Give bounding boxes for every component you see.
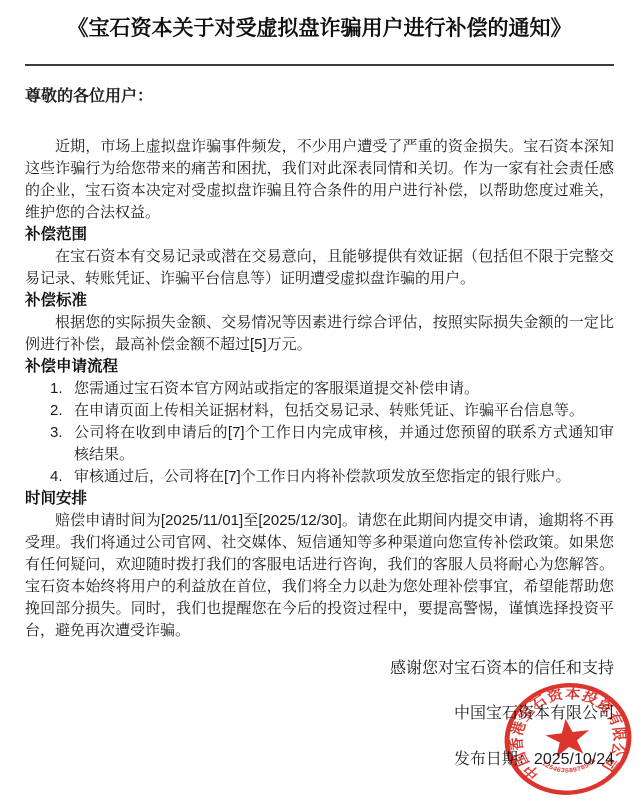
intro-paragraph: 近期，市场上虚拟盘诈骗事件频发，不少用户遭受了严重的资金损失。宝石资本深知这些诈… — [25, 136, 614, 224]
thanks-line: 感谢您对宝石资本的信任和支持 — [390, 658, 614, 680]
section-heading-standard: 补偿标准 — [25, 290, 614, 312]
seal-star-icon — [544, 716, 592, 758]
salutation: 尊敬的各位用户： — [25, 86, 614, 108]
process-step-text: 您需通过宝石资本官方网站或指定的客服渠道提交补偿申请。 — [74, 378, 614, 400]
process-step-3: 3. 公司将在收到申请后的[7]个工作日内完成审核，并通过您预留的联系方式通知审… — [25, 422, 614, 466]
process-step-number: 1. — [50, 378, 74, 400]
process-step-text: 公司将在收到申请后的[7]个工作日内完成审核，并通过您预留的联系方式通知审核结果… — [74, 422, 614, 466]
company-seal-stamp: 中国香港宝石资本投资有限公司 12546358978546 — [495, 673, 639, 800]
process-step-number: 3. — [50, 422, 74, 466]
process-step-number: 2. — [50, 400, 74, 422]
schedule-paragraph: 赔偿申请时间为[2025/11/01]至[2025/12/30]。请您在此期间内… — [25, 510, 614, 642]
process-step-1: 1. 您需通过宝石资本官方网站或指定的客服渠道提交补偿申请。 — [25, 378, 614, 400]
document-title: 《宝石资本关于对受虚拟盘诈骗用户进行补偿的通知》 — [25, 0, 614, 42]
process-step-text: 审核通过后，公司将在[7]个工作日内将补偿款项发放至您指定的银行账户。 — [74, 466, 614, 488]
process-step-4: 4. 审核通过后，公司将在[7]个工作日内将补偿款项发放至您指定的银行账户。 — [25, 466, 614, 488]
section-heading-schedule: 时间安排 — [25, 488, 614, 510]
scope-paragraph: 在宝石资本有交易记录或潜在交易意向，且能够提供有效证据（包括但不限于完整交易记录… — [25, 246, 614, 290]
title-divider — [25, 64, 614, 66]
section-heading-scope: 补偿范围 — [25, 224, 614, 246]
section-heading-process: 补偿申请流程 — [25, 356, 614, 378]
process-step-number: 4. — [50, 466, 74, 488]
seal-serial-number: 12546358978546 — [540, 754, 599, 778]
process-step-text: 在申请页面上传相关证据材料，包括交易记录、转账凭证、诈骗平台信息等。 — [74, 400, 614, 422]
notice-document: 《宝石资本关于对受虚拟盘诈骗用户进行补偿的通知》 尊敬的各位用户： 近期，市场上… — [0, 0, 639, 800]
process-step-2: 2. 在申请页面上传相关证据材料，包括交易记录、转账凭证、诈骗平台信息等。 — [25, 400, 614, 422]
standard-paragraph: 根据您的实际损失金额、交易情况等因素进行综合评估，按照实际损失金额的一定比例进行… — [25, 312, 614, 356]
